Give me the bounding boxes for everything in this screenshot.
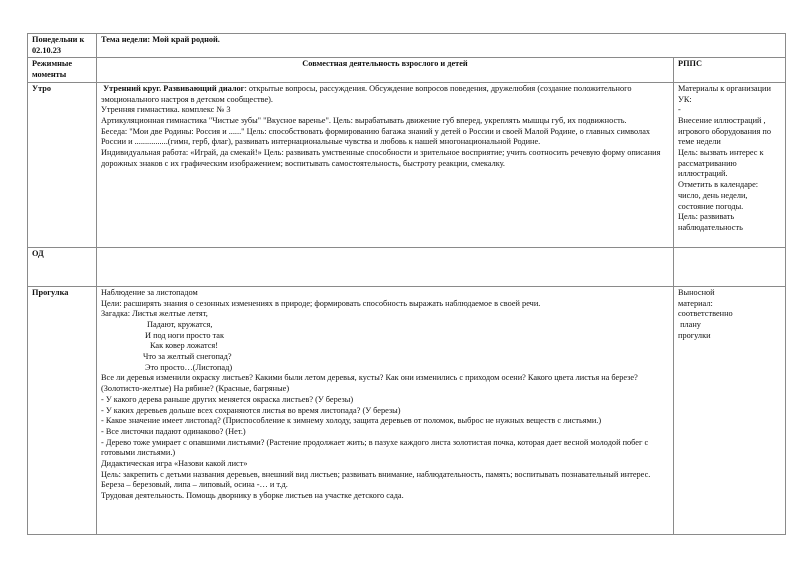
rpps-line: плану <box>678 320 781 331</box>
rpps-line: Цель: вызвать интерес к рассматриванию и… <box>678 148 781 180</box>
walk-activity-cell: Наблюдение за листопадом Цели: расширять… <box>97 286 674 534</box>
rpps-line: Материалы к организации УК: <box>678 84 781 105</box>
od-rpps-cell <box>674 247 786 286</box>
header-row: Понедельни к 02.10.23 Тема недели: Мой к… <box>28 34 786 58</box>
rpps-header: РППС <box>674 58 786 82</box>
riddle-line: Падают, кружатся, <box>101 320 669 331</box>
od-row: ОД <box>28 247 786 286</box>
walk-label: Прогулка <box>28 286 97 534</box>
morning-rpps-cell: Материалы к организации УК: - Внесение и… <box>674 82 786 247</box>
riddle-line: Это просто…(Листопад) <box>101 363 669 374</box>
walk-question: - У какого дерева раньше других меняется… <box>101 395 669 406</box>
morning-intro: Утренний круг. Развивающий диалог: откры… <box>101 84 669 105</box>
walk-row: Прогулка Наблюдение за листопадом Цели: … <box>28 286 786 534</box>
morning-row: Утро Утренний круг. Развивающий диалог: … <box>28 82 786 247</box>
od-label: ОД <box>28 247 97 286</box>
morning-intro-title: Утренний круг. Развивающий диалог <box>103 84 244 93</box>
walk-riddle-start: Загадка: Листья желтые летят, <box>101 309 669 320</box>
morning-label: Утро <box>28 82 97 247</box>
morning-conversation: Беседа: "Мои две Родины: Россия и ......… <box>101 127 669 148</box>
morning-individual-work: Индивидуальная работа: «Играй, да смекай… <box>101 148 669 169</box>
riddle-line: И под ноги просто так <box>101 331 669 342</box>
rpps-line: Цель: развивать наблюдательность <box>678 212 781 233</box>
walk-didactic-game: Дидактическая игра «Назови какой лист» <box>101 459 669 470</box>
daily-plan-table: Понедельни к 02.10.23 Тема недели: Мой к… <box>27 33 786 535</box>
walk-rpps-cell: Выносной материал: соответственно плану … <box>674 286 786 534</box>
morning-articulation: Артикуляционная гимнастика "Чистые зубы"… <box>101 116 669 127</box>
week-theme-cell: Тема недели: Мой край родной. <box>97 34 786 58</box>
walk-labor-activity: Трудовая деятельность. Помощь дворнику в… <box>101 491 669 502</box>
walk-question: - У каких деревьев дольше всех сохраняют… <box>101 406 669 417</box>
walk-question: - Все листочки падают одинаково? (Нет.) <box>101 427 669 438</box>
column-header-row: Режимные моменты Совместная деятельность… <box>28 58 786 82</box>
od-activity-cell <box>97 247 674 286</box>
rpps-line: соответственно <box>678 309 781 320</box>
riddle-line: Как ковер ложатся! <box>101 341 669 352</box>
rpps-line: прогулки <box>678 331 781 342</box>
morning-activity-cell: Утренний круг. Развивающий диалог: откры… <box>97 82 674 247</box>
rpps-line: Выносной <box>678 288 781 299</box>
walk-question: Все ли деревья изменили окраску листьев?… <box>101 373 669 394</box>
day-date-cell: Понедельни к 02.10.23 <box>28 34 97 58</box>
rpps-line: - <box>678 105 781 116</box>
walk-question: - Какое значение имеет листопад? (Приспо… <box>101 416 669 427</box>
walk-question: - Дерево тоже умирает с опавшими листьям… <box>101 438 669 459</box>
riddle-line: Что за желтый снегопад? <box>101 352 669 363</box>
moments-header: Режимные моменты <box>28 58 97 82</box>
rpps-line: материал: <box>678 299 781 310</box>
walk-game-example: Береза – березовый, липа – липовый, осин… <box>101 480 669 491</box>
rpps-line: Отметить в календаре: число, день недели… <box>678 180 781 212</box>
walk-observation-title: Наблюдение за листопадом <box>101 288 669 299</box>
rpps-line: Внесение иллюстраций , игрового оборудов… <box>678 116 781 148</box>
walk-goals: Цели: расширять знания о сезонных измене… <box>101 299 669 310</box>
joint-activity-header: Совместная деятельность взрослого и дете… <box>97 58 674 82</box>
morning-gymnastics: Утренняя гимнастика. комплекс № 3 <box>101 105 669 116</box>
walk-game-goal: Цель: закрепить с детьми названия деревь… <box>101 470 669 481</box>
